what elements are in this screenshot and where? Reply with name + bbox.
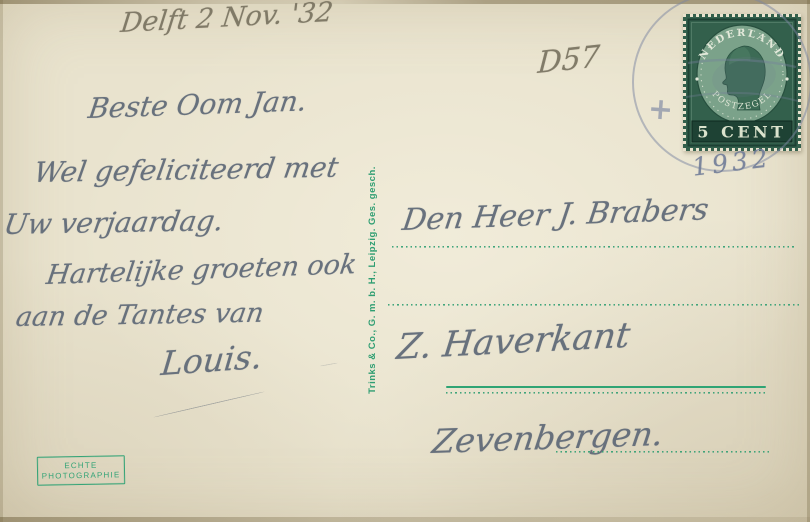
publisher-imprint: Trinks & Co., G. m. b. H., Leipzig. Ges.… xyxy=(367,150,381,410)
address-dotted-line-1 xyxy=(392,246,796,248)
echte-photographie-mark: ECHTE PHOTOGRAPHIE xyxy=(37,455,125,486)
card-bottom-edge xyxy=(0,517,810,522)
photo-mark-line2: PHOTOGRAPHIE xyxy=(42,470,121,481)
address-solid-line xyxy=(446,386,766,388)
message-greeting-text: Beste Oom Jan. xyxy=(86,84,309,125)
pencil-code-text: D57 xyxy=(537,39,601,81)
message-line-text: Uw verjaardag. xyxy=(2,204,226,241)
address-line-name: Den Heer J. Brabers xyxy=(402,192,709,238)
card-left-edge xyxy=(0,0,3,522)
pencil-code: D57 xyxy=(536,39,602,80)
handwritten-date: Delft 2 Nov. '32 xyxy=(120,0,334,39)
message-line-text: aan de Tantes van xyxy=(14,298,266,333)
postmark-cross: + xyxy=(647,91,675,128)
photo-mark-line1: ECHTE xyxy=(64,461,97,471)
message-signature: Louis. xyxy=(160,337,263,383)
address-line-street: Z. Haverkant xyxy=(396,316,631,368)
message-line: aan de Tantes van xyxy=(16,298,264,333)
address-name-text: Den Heer J. Brabers xyxy=(400,192,711,238)
postmark-circle xyxy=(632,0,810,172)
message-line: Wel gefeliciteerd met xyxy=(34,151,338,189)
address-dotted-line-2 xyxy=(388,304,800,306)
handwritten-date-text: Delft 2 Nov. '32 xyxy=(119,0,335,39)
address-dotted-line-4 xyxy=(556,451,770,453)
message-line: Hartelijke groeten ook xyxy=(46,249,357,291)
address-line-town: Zevenbergen. xyxy=(432,414,664,461)
message-line: Uw verjaardag. xyxy=(4,204,224,241)
address-town-text: Zevenbergen. xyxy=(430,414,666,461)
signature-flourish xyxy=(153,391,264,418)
message-line-text: Hartelijke groeten ook xyxy=(44,249,358,291)
pen-dash xyxy=(320,362,338,366)
message-greeting: Beste Oom Jan. xyxy=(88,84,307,125)
address-dotted-line-3 xyxy=(446,392,768,394)
address-street-text: Z. Haverkant xyxy=(395,316,633,369)
message-signature-text: Louis. xyxy=(159,337,264,383)
postcard-back: Delft 2 Nov. '32 D57 Beste Oom Jan. Wel … xyxy=(0,0,810,522)
message-line-text: Wel gefeliciteerd met xyxy=(32,151,341,189)
